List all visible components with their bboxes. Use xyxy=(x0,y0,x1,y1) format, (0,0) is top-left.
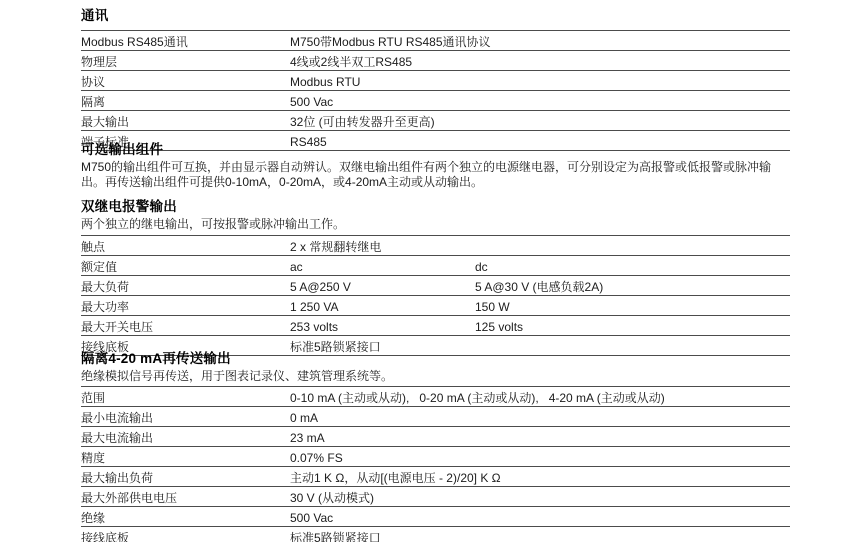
spec-value-ac: 1 250 VA xyxy=(290,296,475,316)
spec-label: 协议 xyxy=(81,71,290,91)
spec-value-dc: 5 A@30 V (电感负载2A) xyxy=(475,276,790,296)
spec-table-dual-relay: 触点 2 x 常规翻转继电 额定值 ac dc 最大负荷 5 A@250 V 5… xyxy=(81,235,790,356)
spec-label: Modbus RS485通讯 xyxy=(81,31,290,51)
table-row: 最大电流输出 23 mA xyxy=(81,427,790,447)
section-optional-output-modules: 可选输出组件 M750的输出组件可互换，并由显示器自动辨认。双继电输出组件有两个… xyxy=(81,142,790,191)
spec-value: 23 mA xyxy=(290,427,790,447)
spec-label: 最大负荷 xyxy=(81,276,290,296)
spec-label: 最大功率 xyxy=(81,296,290,316)
table-row: 额定值 ac dc xyxy=(81,256,790,276)
spec-value: Modbus RTU xyxy=(290,71,790,91)
table-row: 精度 0.07% FS xyxy=(81,447,790,467)
spec-value-ac: 2 x 常规翻转继电 xyxy=(290,236,475,256)
spec-value: 标准5路锁紧接口 xyxy=(290,527,790,542)
spec-value-dc: 125 volts xyxy=(475,316,790,336)
spec-value: 4线或2线半双工RS485 xyxy=(290,51,790,71)
table-row: Modbus RS485通讯 M750带Modbus RTU RS485通讯协议 xyxy=(81,31,790,51)
section-dual-relay-alarm-output: 双继电报警输出 两个独立的继电输出，可按报警或脉冲输出工作。 触点 2 x 常规… xyxy=(81,199,790,356)
spec-label: 精度 xyxy=(81,447,290,467)
table-row: 最大负荷 5 A@250 V 5 A@30 V (电感负载2A) xyxy=(81,276,790,296)
spec-value: 30 V (从动模式) xyxy=(290,487,790,507)
table-row: 绝缘 500 Vac xyxy=(81,507,790,527)
spec-value: 0 mA xyxy=(290,407,790,427)
spec-table-communication: Modbus RS485通讯 M750带Modbus RTU RS485通讯协议… xyxy=(81,30,790,151)
table-row: 触点 2 x 常规翻转继电 xyxy=(81,236,790,256)
table-row: 物理层 4线或2线半双工RS485 xyxy=(81,51,790,71)
section-heading-dual-relay: 双继电报警输出 xyxy=(81,199,790,214)
spec-label: 最大外部供电电压 xyxy=(81,487,290,507)
spec-label: 接线底板 xyxy=(81,527,290,542)
table-row: 最大功率 1 250 VA 150 W xyxy=(81,296,790,316)
section-heading-retransmission: 隔离4-20 mA再传送输出 xyxy=(81,351,790,366)
table-row: 最大外部供电电压 30 V (从动模式) xyxy=(81,487,790,507)
table-row: 最小电流输出 0 mA xyxy=(81,407,790,427)
spec-label: 隔离 xyxy=(81,91,290,111)
spec-value: M750带Modbus RTU RS485通讯协议 xyxy=(290,31,790,51)
table-row: 隔离 500 Vac xyxy=(81,91,790,111)
spec-value: 0-10 mA (主动或从动), 0-20 mA (主动或从动), 4-20 m… xyxy=(290,387,790,407)
spec-value-ac: ac xyxy=(290,256,475,276)
table-row: 最大输出负荷 主动1 K Ω，从动[(电源电压 - 2)/20] K Ω xyxy=(81,467,790,487)
table-row: 范围 0-10 mA (主动或从动), 0-20 mA (主动或从动), 4-2… xyxy=(81,387,790,407)
spec-value-dc: dc xyxy=(475,256,790,276)
section-isolated-retransmission-output: 隔离4-20 mA再传送输出 绝缘模拟信号再传送，用于图表记录仪、建筑管理系统等… xyxy=(81,351,790,542)
spec-label: 绝缘 xyxy=(81,507,290,527)
spec-label: 最大输出负荷 xyxy=(81,467,290,487)
table-row: 接线底板 标准5路锁紧接口 xyxy=(81,527,790,542)
table-row: 协议 Modbus RTU xyxy=(81,71,790,91)
spec-value: 500 Vac xyxy=(290,507,790,527)
section-heading-optional-output: 可选输出组件 xyxy=(81,142,790,157)
spec-label: 范围 xyxy=(81,387,290,407)
spec-label: 最大输出 xyxy=(81,111,290,131)
spec-value-dc xyxy=(475,236,790,256)
section-heading-communication: 通讯 xyxy=(81,8,790,23)
section-paragraph-dual-relay: 两个独立的继电输出，可按报警或脉冲输出工作。 xyxy=(81,217,790,232)
spec-label: 物理层 xyxy=(81,51,290,71)
datasheet-page: 通讯 Modbus RS485通讯 M750带Modbus RTU RS485通… xyxy=(0,0,867,542)
spec-value: 32位 (可由转发器升至更高) xyxy=(290,111,790,131)
spec-value: 0.07% FS xyxy=(290,447,790,467)
spec-table-retransmission: 范围 0-10 mA (主动或从动), 0-20 mA (主动或从动), 4-2… xyxy=(81,386,790,542)
section-paragraph-retransmission: 绝缘模拟信号再传送，用于图表记录仪、建筑管理系统等。 xyxy=(81,369,790,384)
section-communication: 通讯 Modbus RS485通讯 M750带Modbus RTU RS485通… xyxy=(81,8,790,151)
spec-value-dc: 150 W xyxy=(475,296,790,316)
spec-label: 触点 xyxy=(81,236,290,256)
section-paragraph-optional-output: M750的输出组件可互换，并由显示器自动辨认。双继电输出组件有两个独立的电源继电… xyxy=(81,160,790,191)
spec-value: 主动1 K Ω，从动[(电源电压 - 2)/20] K Ω xyxy=(290,467,790,487)
spec-label: 额定值 xyxy=(81,256,290,276)
table-row: 最大开关电压 253 volts 125 volts xyxy=(81,316,790,336)
spec-label: 最小电流输出 xyxy=(81,407,290,427)
spec-value-ac: 253 volts xyxy=(290,316,475,336)
spec-label: 最大电流输出 xyxy=(81,427,290,447)
spec-label: 最大开关电压 xyxy=(81,316,290,336)
spec-value: 500 Vac xyxy=(290,91,790,111)
spec-value-ac: 5 A@250 V xyxy=(290,276,475,296)
table-row: 最大输出 32位 (可由转发器升至更高) xyxy=(81,111,790,131)
